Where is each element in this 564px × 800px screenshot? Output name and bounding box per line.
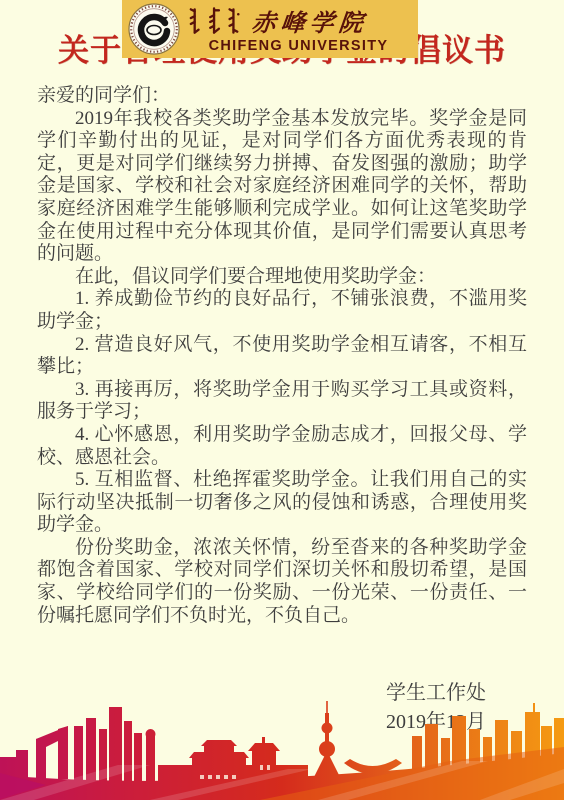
body-paragraph: 2019年我校各类奖助学金基本发放完毕。奖学金是同学们辛勤付出的见证，是对同学们… [37, 108, 527, 266]
university-emblem-icon [128, 3, 180, 55]
body-paragraph: 5. 互相监督、杜绝挥霍奖助学金。让我们用自己的实际行动坚决抵制一切奢侈之风的侵… [37, 469, 527, 537]
mongolian-script-icon [185, 6, 247, 36]
paragraph-list: 2019年我校各类奖助学金基本发放完毕。奖学金是同学们辛勤付出的见证，是对同学们… [37, 108, 527, 628]
city-skyline-icon [0, 695, 564, 800]
proposal-document-page: 赤峰学院 CHIFENG UNIVERSITY 关于合理使用奖助学金的倡议书 亲… [0, 0, 564, 800]
university-name-chinese: 赤峰学院 [250, 3, 370, 38]
body-paragraph: 1. 养成勤俭节约的良好品行，不铺张浪费，不滥用奖助学金； [37, 288, 527, 333]
banner-text-group: 赤峰学院 CHIFENG UNIVERSITY [185, 5, 412, 54]
document-body: 亲爱的同学们： 2019年我校各类奖助学金基本发放完毕。奖学金是同学们辛勤付出的… [37, 85, 527, 627]
body-paragraph: 2. 营造良好风气，不使用奖助学金相互请客，不相互攀比； [37, 334, 527, 379]
body-paragraph: 在此，倡议同学们要合理地使用奖助学金： [37, 266, 527, 289]
salutation: 亲爱的同学们： [37, 85, 527, 108]
body-paragraph: 3. 再接再厉，将奖助学金用于购买学习工具或资料，服务于学习； [37, 379, 527, 424]
university-name-english: CHIFENG UNIVERSITY [185, 38, 412, 54]
university-header-banner: 赤峰学院 CHIFENG UNIVERSITY [122, 0, 418, 58]
body-paragraph: 份份奖助金，浓浓关怀情，纷至沓来的各种奖助学金都饱含着国家、学校对同学们深切关怀… [37, 537, 527, 627]
body-paragraph: 4. 心怀感恩，利用奖助学金励志成才，回报父母、学校、感恩社会。 [37, 424, 527, 469]
banner-top-row: 赤峰学院 [185, 5, 412, 37]
